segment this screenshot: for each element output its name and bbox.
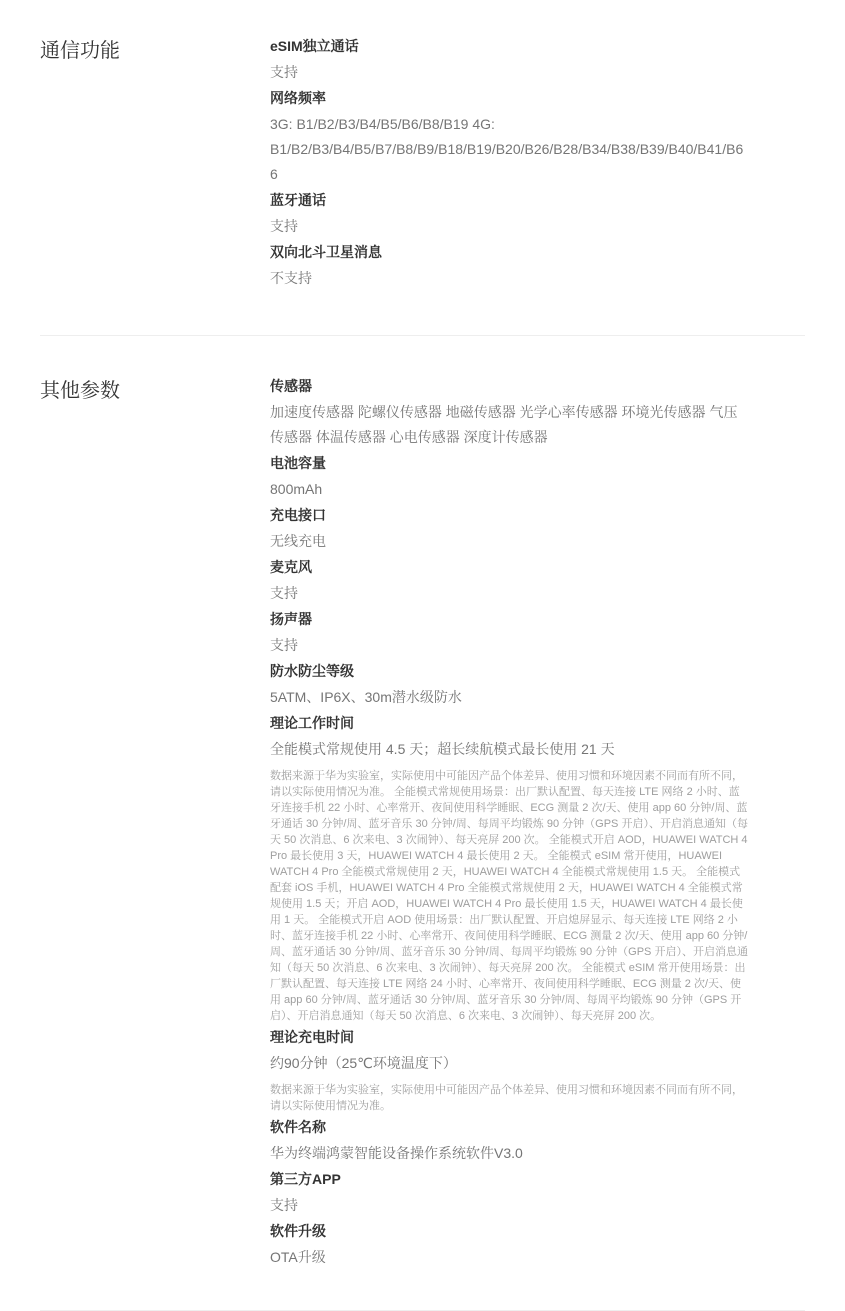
spec-item: 麦克风 支持 [270, 557, 750, 606]
spec-item: 双向北斗卫星消息 不支持 [270, 242, 750, 291]
spec-label: 蓝牙通话 [270, 190, 750, 210]
spec-label: 软件升级 [270, 1221, 750, 1241]
spec-note: 数据来源于华为实验室，实际使用中可能因产品个体差异、使用习惯和环境因素不同而有所… [270, 768, 750, 1024]
spec-label: 第三方APP [270, 1169, 750, 1189]
section-items: eSIM独立通话 支持 网络频率 3G: B1/B2/B3/B4/B5/B6/B… [270, 36, 750, 291]
section-title: 通信功能 [40, 36, 270, 64]
spec-value: 5ATM、IP6X、30m潜水级防水 [270, 685, 750, 710]
spec-value: 支持 [270, 214, 750, 239]
spec-label: 理论工作时间 [270, 713, 750, 733]
spec-value: 3G: B1/B2/B3/B4/B5/B6/B8/B19 4G: B1/B2/B… [270, 112, 750, 187]
spec-value: 支持 [270, 581, 750, 606]
spec-item: 理论工作时间 全能模式常规使用 4.5 天；超长续航模式最长使用 21 天 数据… [270, 713, 750, 1024]
spec-item: 传感器 加速度传感器 陀螺仪传感器 地磁传感器 光学心率传感器 环境光传感器 气… [270, 376, 750, 450]
spec-label: 充电接口 [270, 505, 750, 525]
spec-item: 充电接口 无线充电 [270, 505, 750, 554]
spec-label: 防水防尘等级 [270, 661, 750, 681]
spec-section: 通信功能 eSIM独立通话 支持 网络频率 3G: B1/B2/B3/B4/B5… [40, 0, 805, 335]
spec-value: 约90分钟（25℃环境温度下） [270, 1051, 750, 1076]
spec-page: 通信功能 eSIM独立通话 支持 网络频率 3G: B1/B2/B3/B4/B5… [0, 0, 845, 1311]
spec-label: 麦克风 [270, 557, 750, 577]
spec-label: 理论充电时间 [270, 1027, 750, 1047]
spec-item: 蓝牙通话 支持 [270, 190, 750, 239]
spec-value: 全能模式常规使用 4.5 天；超长续航模式最长使用 21 天 [270, 737, 750, 762]
section-title: 其他参数 [40, 376, 270, 404]
spec-value: 不支持 [270, 266, 750, 291]
spec-value: 华为终端鸿蒙智能设备操作系统软件V3.0 [270, 1141, 750, 1166]
spec-item: 电池容量 800mAh [270, 453, 750, 502]
spec-value: OTA升级 [270, 1245, 750, 1270]
spec-value: 支持 [270, 633, 750, 658]
spec-value: 无线充电 [270, 529, 750, 554]
spec-item: 软件名称 华为终端鸿蒙智能设备操作系统软件V3.0 [270, 1117, 750, 1166]
spec-item: 软件升级 OTA升级 [270, 1221, 750, 1270]
spec-label: 传感器 [270, 376, 750, 396]
spec-item: eSIM独立通话 支持 [270, 36, 750, 85]
spec-sections: 通信功能 eSIM独立通话 支持 网络频率 3G: B1/B2/B3/B4/B5… [40, 0, 805, 1311]
section-items: 传感器 加速度传感器 陀螺仪传感器 地磁传感器 光学心率传感器 环境光传感器 气… [270, 376, 750, 1270]
spec-item: 扬声器 支持 [270, 609, 750, 658]
spec-label: 网络频率 [270, 88, 750, 108]
spec-label: eSIM独立通话 [270, 36, 750, 56]
spec-label: 电池容量 [270, 453, 750, 473]
spec-label: 扬声器 [270, 609, 750, 629]
spec-item: 网络频率 3G: B1/B2/B3/B4/B5/B6/B8/B19 4G: B1… [270, 88, 750, 187]
spec-label: 双向北斗卫星消息 [270, 242, 750, 262]
spec-value: 800mAh [270, 477, 750, 502]
spec-label: 软件名称 [270, 1117, 750, 1137]
spec-note: 数据来源于华为实验室，实际使用中可能因产品个体差异、使用习惯和环境因素不同而有所… [270, 1082, 750, 1114]
spec-item: 理论充电时间 约90分钟（25℃环境温度下） 数据来源于华为实验室，实际使用中可… [270, 1027, 750, 1114]
spec-value: 支持 [270, 1193, 750, 1218]
spec-section: 其他参数 传感器 加速度传感器 陀螺仪传感器 地磁传感器 光学心率传感器 环境光… [40, 335, 805, 1311]
spec-value: 加速度传感器 陀螺仪传感器 地磁传感器 光学心率传感器 环境光传感器 气压传感器… [270, 400, 750, 450]
spec-value: 支持 [270, 60, 750, 85]
spec-item: 防水防尘等级 5ATM、IP6X、30m潜水级防水 [270, 661, 750, 710]
